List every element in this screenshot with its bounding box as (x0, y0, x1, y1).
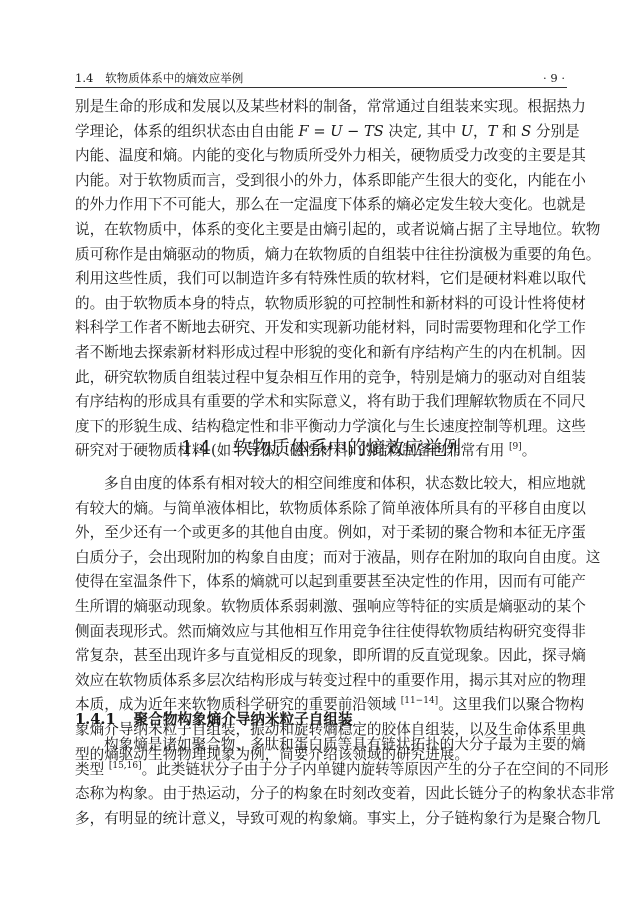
header-rule (75, 87, 567, 88)
text-segment: 。此类链状分子由于分子内单键内旋转等原因产生的分子在空间的不同形 (142, 761, 609, 778)
running-head-title: 1.4软物质体系中的熵效应举例 (75, 71, 243, 85)
subsection-title: 聚合物构象熵介导纳米粒子自组装 (134, 711, 353, 728)
section-heading: 1.4软物质体系中的熵效应举例 (75, 434, 567, 462)
text-line: 别是生命的形成和发展以及某些材料的制备，常常通过自组装来实现。根据热力 (75, 95, 567, 120)
text-line: 多，有明显的统计意义，导致可观的构象熵。事实上，分子链构象行为是聚合物几 (75, 807, 567, 832)
text-line: 内能、温度和熵。内能的变化与物质所受外力相关，硬物质受力改变的主要是其 (75, 144, 567, 169)
text-line: 侧面表现形式。然而熵效应与其他相互作用竞争往往使得软物质结构研究变得非 (75, 620, 567, 645)
text-line: 学理论，体系的组织状态由自由能 F = U − TS 决定, 其中 U，T 和 … (75, 120, 567, 145)
paragraph-3: 构象熵是诸如聚合物、多肽和蛋白质等具有链状拓扑的大分子最为主要的熵 类型 [15… (75, 733, 567, 831)
text-line: 多自由度的体系有相对较大的相空间维度和体积，状态数比较大，相应地就 (75, 472, 567, 497)
text-line: 构象熵是诸如聚合物、多肽和蛋白质等具有链状拓扑的大分子最为主要的熵 (75, 733, 567, 758)
citation: [11−14] (401, 696, 438, 706)
text-line: 类型 [15,16]。此类链状分子由于分子内单键内旋转等原因产生的分子在空间的不… (75, 758, 567, 783)
running-head-section-title: 软物质体系中的熵效应举例 (105, 71, 243, 85)
running-head: 1.4软物质体系中的熵效应举例 · 9 · (75, 71, 567, 87)
text-line: 有较大的熵。与简单液体相比，软物质体系除了简单液体所具有的平移自由度以 (75, 497, 567, 522)
paragraph-1: 别是生命的形成和发展以及某些材料的制备，常常通过自组装来实现。根据热力 学理论，… (75, 95, 567, 464)
text-line: 使得在室温条件下，体系的熵就可以起到重要甚至决定性的作用，因而有可能产 (75, 570, 567, 595)
text-line: 白质分子，会出现附加的构象自由度；而对于液晶，则存在附加的取向自由度。这 (75, 546, 567, 571)
subsection-heading: 1.4.1聚合物构象熵介导纳米粒子自组装 (75, 708, 353, 732)
text-line: 质可称作是由熵驱动的物质，熵力在软物质的自组装中往往扮演极为重要的角色。 (75, 243, 567, 268)
text-line: 生所谓的熵驱动现象。软物质体系弱刺激、强响应等特征的实质是熵驱动的某个 (75, 595, 567, 620)
subsection-number: 1.4.1 (75, 711, 116, 728)
page-number: · 9 · (543, 71, 565, 85)
text-segment: 类型 (75, 761, 104, 778)
text-line: 常复杂，甚至出现许多与直觉相反的现象，即所谓的反直觉现象。因此，探寻熵 (75, 644, 567, 669)
text-segment: 。这里我们以聚合物构 (438, 696, 584, 713)
text-line: 外，至少还有一个或更多的其他自由度。例如，对于柔韧的聚合物和本征无序蛋 (75, 521, 567, 546)
section-number: 1.4 (181, 437, 211, 459)
text-line: 有序结构的形成具有重要的学术和实际意义，将有助于我们理解软物质在不同尺 (75, 390, 567, 415)
text-line: 此，研究软物质自组装过程中复杂相互作用的竞争，特别是熵力的驱动对自组装 (75, 366, 567, 391)
text-line: 的外力作用下不可能大，那么在一定温度下体系的熵必定发生较大变化。也就是 (75, 193, 567, 218)
text-line: 说，在软物质中，体系的变化主要是由熵引起的，或者说熵占据了主导地位。软物 (75, 218, 567, 243)
section-title: 软物质体系中的熵效应举例 (233, 437, 461, 459)
text-line: 利用这些性质，我们可以制造许多有特殊性质的软材料，它们是硬材料难以取代 (75, 267, 567, 292)
text-line: 料科学工作者不断地去研究、开发和实现新功能材料，同时需要物理和化学工作 (75, 316, 567, 341)
citation: [15,16] (109, 761, 142, 771)
text-line: 效应在软物质体系多层次结构形成与转变过程中的重要作用，揭示其对应的物理 (75, 669, 567, 694)
text-line: 的。由于软物质本身的特点，软物质形貌的可控制性和新材料的可设计性将使材 (75, 292, 567, 317)
text-line: 者不断地去探索新材料形成过程中形貌的变化和新有序结构产生的内在机制。因 (75, 341, 567, 366)
text-line: 内能。对于软物质而言，受到很小的外力，体系即能产生很大的变化，内能在小 (75, 169, 567, 194)
math-expression: F (299, 123, 309, 140)
text-line: 态称为构象。由于热运动，分子的构象在时刻改变着，因此长链分子的构象状态非常 (75, 782, 567, 807)
running-head-section-number: 1.4 (75, 71, 93, 85)
